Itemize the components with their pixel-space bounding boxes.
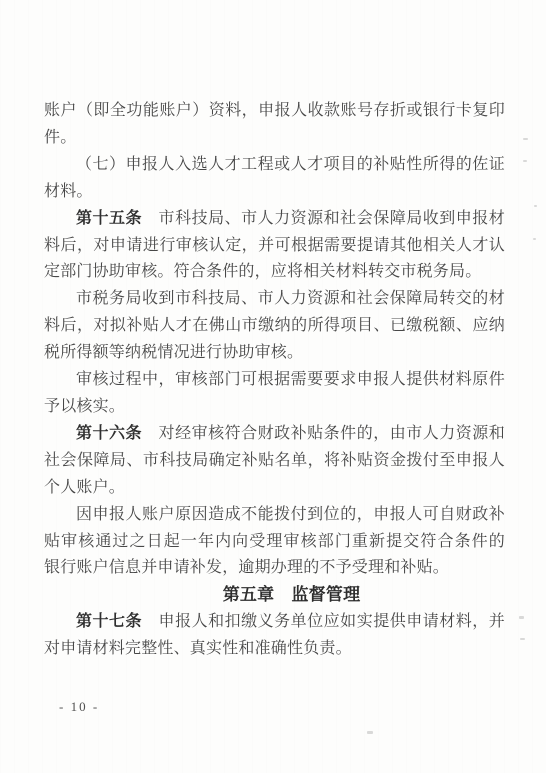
- text-line: 予以核实。: [44, 394, 505, 421]
- scan-speck: [367, 731, 373, 734]
- article-number: 第十五条: [76, 210, 142, 227]
- text-line: 因申报人账户原因造成不能拨付到位的，申报人可自财政补: [44, 502, 505, 529]
- text-line: （七）申报人入选人才工程或人才项目的补贴性所得的佐证: [44, 152, 505, 179]
- text-line: 对申请材料完整性、真实性和准确性负责。: [44, 636, 505, 663]
- text-line: 个人账户。: [44, 475, 505, 502]
- text-line: 料后，对申请进行审核认定，并可根据需要提请其他相关人才认: [44, 233, 505, 260]
- text-line: 第十五条 市科技局、市人力资源和社会保障局收到申报材: [44, 206, 505, 233]
- text-line: 贴审核通过之日起一年内向受理审核部门重新提交符合条件的: [44, 529, 505, 556]
- text-line: 第十七条 申报人和扣缴义务单位应如实提供申请材料，并: [44, 609, 505, 636]
- article-number: 第十六条: [76, 425, 142, 442]
- text-line: 件。: [44, 125, 505, 152]
- article-text: 市科技局、市人力资源和社会保障局收到申报材: [142, 210, 505, 227]
- scan-speck: [520, 638, 525, 640]
- text-line: 料后，对拟补贴人才在佛山市缴纳的所得项目、已缴税额、应纳: [44, 313, 505, 340]
- text-line: 社会保障局、市科技局确定补贴名单，将补贴资金拨付至申报人: [44, 448, 505, 475]
- article-number: 第十七条: [76, 613, 142, 630]
- text-line: 税所得额等纳税情况进行协助审核。: [44, 340, 505, 367]
- scan-speck: [534, 205, 537, 207]
- scan-speck: [533, 238, 536, 240]
- text-line: 材料。: [44, 179, 505, 206]
- article-text: 申报人和扣缴义务单位应如实提供申请材料，并: [142, 613, 505, 630]
- scanned-document-page: 账户（即全功能账户）资料，申报人收款账号存折或银行卡复印件。（七）申报人入选人才…: [0, 0, 546, 773]
- text-line: 市税务局收到市科技局、市人力资源和社会保障局转交的材: [44, 286, 505, 313]
- text-line: 定部门协助审核。符合条件的，应将相关材料转交市税务局。: [44, 259, 505, 286]
- text-line: 第十六条 对经审核符合财政补贴条件的，由市人力资源和: [44, 421, 505, 448]
- text-line: 账户（即全功能账户）资料，申报人收款账号存折或银行卡复印: [44, 98, 505, 125]
- text-line: 银行账户信息并申请补发，逾期办理的不予受理和补贴。: [44, 555, 505, 582]
- text-line: 审核过程中，审核部门可根据需要要求申报人提供材料原件: [44, 367, 505, 394]
- scan-speck: [519, 616, 524, 619]
- scan-speck: [523, 138, 528, 140]
- chapter-heading: 第五章 监督管理: [44, 582, 505, 609]
- scan-speck: [523, 160, 527, 162]
- page-number: - 10 -: [59, 699, 99, 715]
- document-body: 账户（即全功能账户）资料，申报人收款账号存折或银行卡复印件。（七）申报人入选人才…: [44, 98, 505, 663]
- article-text: 对经审核符合财政补贴条件的，由市人力资源和: [142, 425, 505, 442]
